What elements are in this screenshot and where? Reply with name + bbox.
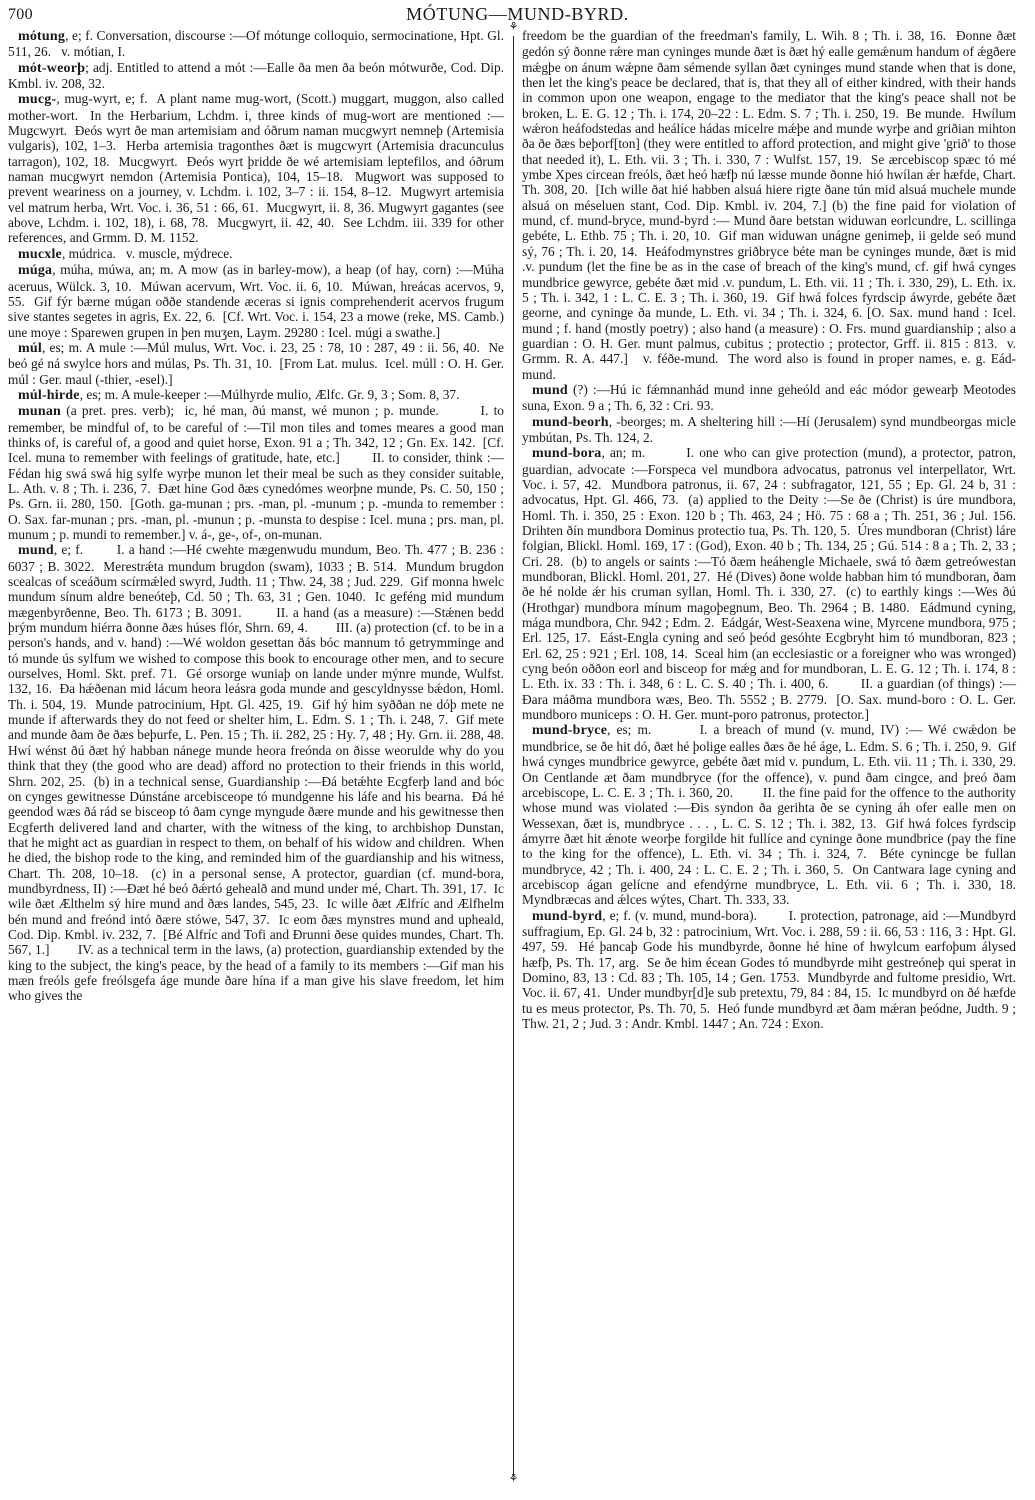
dictionary-entry: mund, e; f. I. a hand :—Hé cwehte mægenw… bbox=[8, 542, 504, 1003]
headword: munan bbox=[18, 404, 61, 419]
headword: mótung bbox=[18, 29, 65, 44]
headword: múl-hirde bbox=[18, 388, 80, 403]
entry-text: , múdrica. v. muscle, mýdrece. bbox=[62, 246, 233, 261]
dictionary-entry: mucg-, mug-wyrt, e; f. A plant name mug-… bbox=[8, 91, 504, 245]
ornament-top-icon: ⚘ bbox=[507, 22, 520, 33]
headword: mund-bora bbox=[532, 446, 601, 461]
entry-text: (a pret. pres. verb); ic, hé man, ðú man… bbox=[8, 403, 507, 542]
dictionary-entry: múga, múha, múwa, an; m. A mow (as in ba… bbox=[8, 262, 504, 340]
dictionary-entry: mót-weorþ; adj. Entitled to attend a mót… bbox=[8, 60, 504, 92]
headword: mund-byrd bbox=[532, 909, 602, 924]
entry-text: , es; m. A mule :—Múl mulus, Wrt. Voc. i… bbox=[8, 340, 507, 387]
dictionary-entry: múl, es; m. A mule :—Múl mulus, Wrt. Voc… bbox=[8, 340, 504, 387]
headword: múga bbox=[18, 263, 52, 278]
dictionary-entry: mund-beorh, -beorges; m. A sheltering hi… bbox=[522, 414, 1016, 446]
dictionary-entry: mund-bora, an; m. I. one who can give pr… bbox=[522, 445, 1016, 722]
entry-text: , an; m. I. one who can give protection … bbox=[522, 445, 1023, 722]
dictionary-entry: mund-byrd, e; f. (v. mund, mund-bora). I… bbox=[522, 908, 1016, 1032]
dictionary-entry: mund (?) :—Hú ic fǽmnanhád mund inne geh… bbox=[522, 382, 1016, 414]
left-column: mótung, e; f. Conversation, discourse :—… bbox=[8, 28, 504, 1004]
headword: mund-bryce bbox=[532, 723, 607, 738]
headword: mund-beorh bbox=[532, 415, 609, 430]
right-column: freedom be the guardian of the freedman'… bbox=[522, 28, 1016, 1031]
entry-text: , mug-wyrt, e; f. A plant name mug-wort,… bbox=[8, 91, 507, 245]
entry-text: , e; f. (v. mund, mund-bora). I. protect… bbox=[522, 908, 1019, 1031]
dictionary-entry: munan (a pret. pres. verb); ic, hé man, … bbox=[8, 403, 504, 542]
headword: mót-weorþ bbox=[18, 61, 85, 76]
dictionary-entry: mucxle, múdrica. v. muscle, mýdrece. bbox=[8, 246, 504, 262]
headword: mund bbox=[532, 383, 568, 398]
dictionary-entry: mótung, e; f. Conversation, discourse :—… bbox=[8, 28, 504, 60]
entry-text: (?) :—Hú ic fǽmnanhád mund inne geheóld … bbox=[522, 382, 1019, 413]
column-rule bbox=[513, 36, 514, 1476]
entry-text: , e; f. I. a hand :—Hé cwehte mægenwudu … bbox=[8, 542, 511, 1003]
entry-text: , es; m. I. a breach of mund (v. mund, I… bbox=[522, 722, 1023, 907]
entry-text: , es; m. A mule-keeper :—Múlhyrde mulio,… bbox=[80, 387, 460, 402]
ornament-bottom-icon: ⚘ bbox=[507, 1474, 520, 1485]
dictionary-entry: mund-bryce, es; m. I. a breach of mund (… bbox=[522, 722, 1016, 907]
headword: mucxle bbox=[18, 247, 62, 262]
entry-text: , múha, múwa, an; m. A mow (as in barley… bbox=[8, 262, 507, 339]
dictionary-entry: múl-hirde, es; m. A mule-keeper :—Múlhyr… bbox=[8, 387, 504, 403]
entry-text: freedom be the guardian of the freedman'… bbox=[522, 28, 1019, 382]
headword: múl bbox=[18, 341, 42, 356]
headword: mund bbox=[18, 543, 54, 558]
entry-text: , e; f. Conversation, discourse :—Of mót… bbox=[8, 28, 507, 59]
dictionary-entry-continuation: freedom be the guardian of the freedman'… bbox=[522, 28, 1016, 382]
headword: mucg- bbox=[18, 92, 56, 107]
